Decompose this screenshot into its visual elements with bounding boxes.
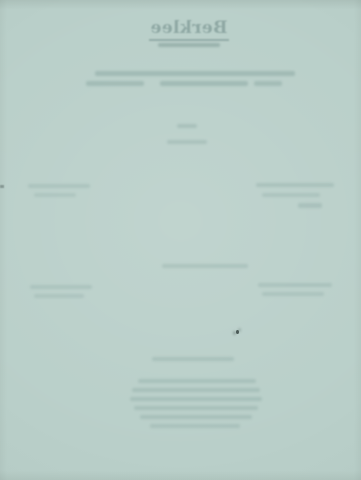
left-edge-mark [0, 185, 4, 188]
bleed-line [132, 388, 260, 392]
bleed-line [152, 357, 234, 361]
bleed-line [28, 184, 90, 188]
bleed-line [134, 406, 258, 410]
bleed-line [95, 71, 295, 76]
bleed-line [34, 193, 76, 197]
bleed-line [30, 285, 92, 289]
scanned-page: Berklee [0, 0, 361, 480]
bleed-line [138, 379, 256, 383]
bleed-line [254, 81, 282, 86]
bleed-line [177, 124, 197, 128]
ink-speck [236, 330, 239, 334]
bleed-line [262, 292, 324, 296]
ghost-logo-block: Berklee [146, 18, 232, 47]
bleed-line [258, 283, 332, 287]
bleed-line [298, 203, 322, 208]
bleed-line [256, 183, 334, 187]
bleed-line [130, 397, 262, 401]
bleed-line [34, 294, 84, 298]
bleed-line [150, 424, 240, 428]
bleed-line [162, 264, 248, 268]
bleed-line [262, 193, 320, 197]
bleed-line [167, 140, 207, 144]
ghost-logo-subline [158, 43, 220, 47]
bleed-line [86, 81, 144, 86]
ghost-logo-rule [149, 39, 229, 41]
ghost-logo-wordmark: Berklee [150, 19, 228, 38]
bleed-line [140, 415, 252, 419]
bleed-line [160, 81, 248, 86]
